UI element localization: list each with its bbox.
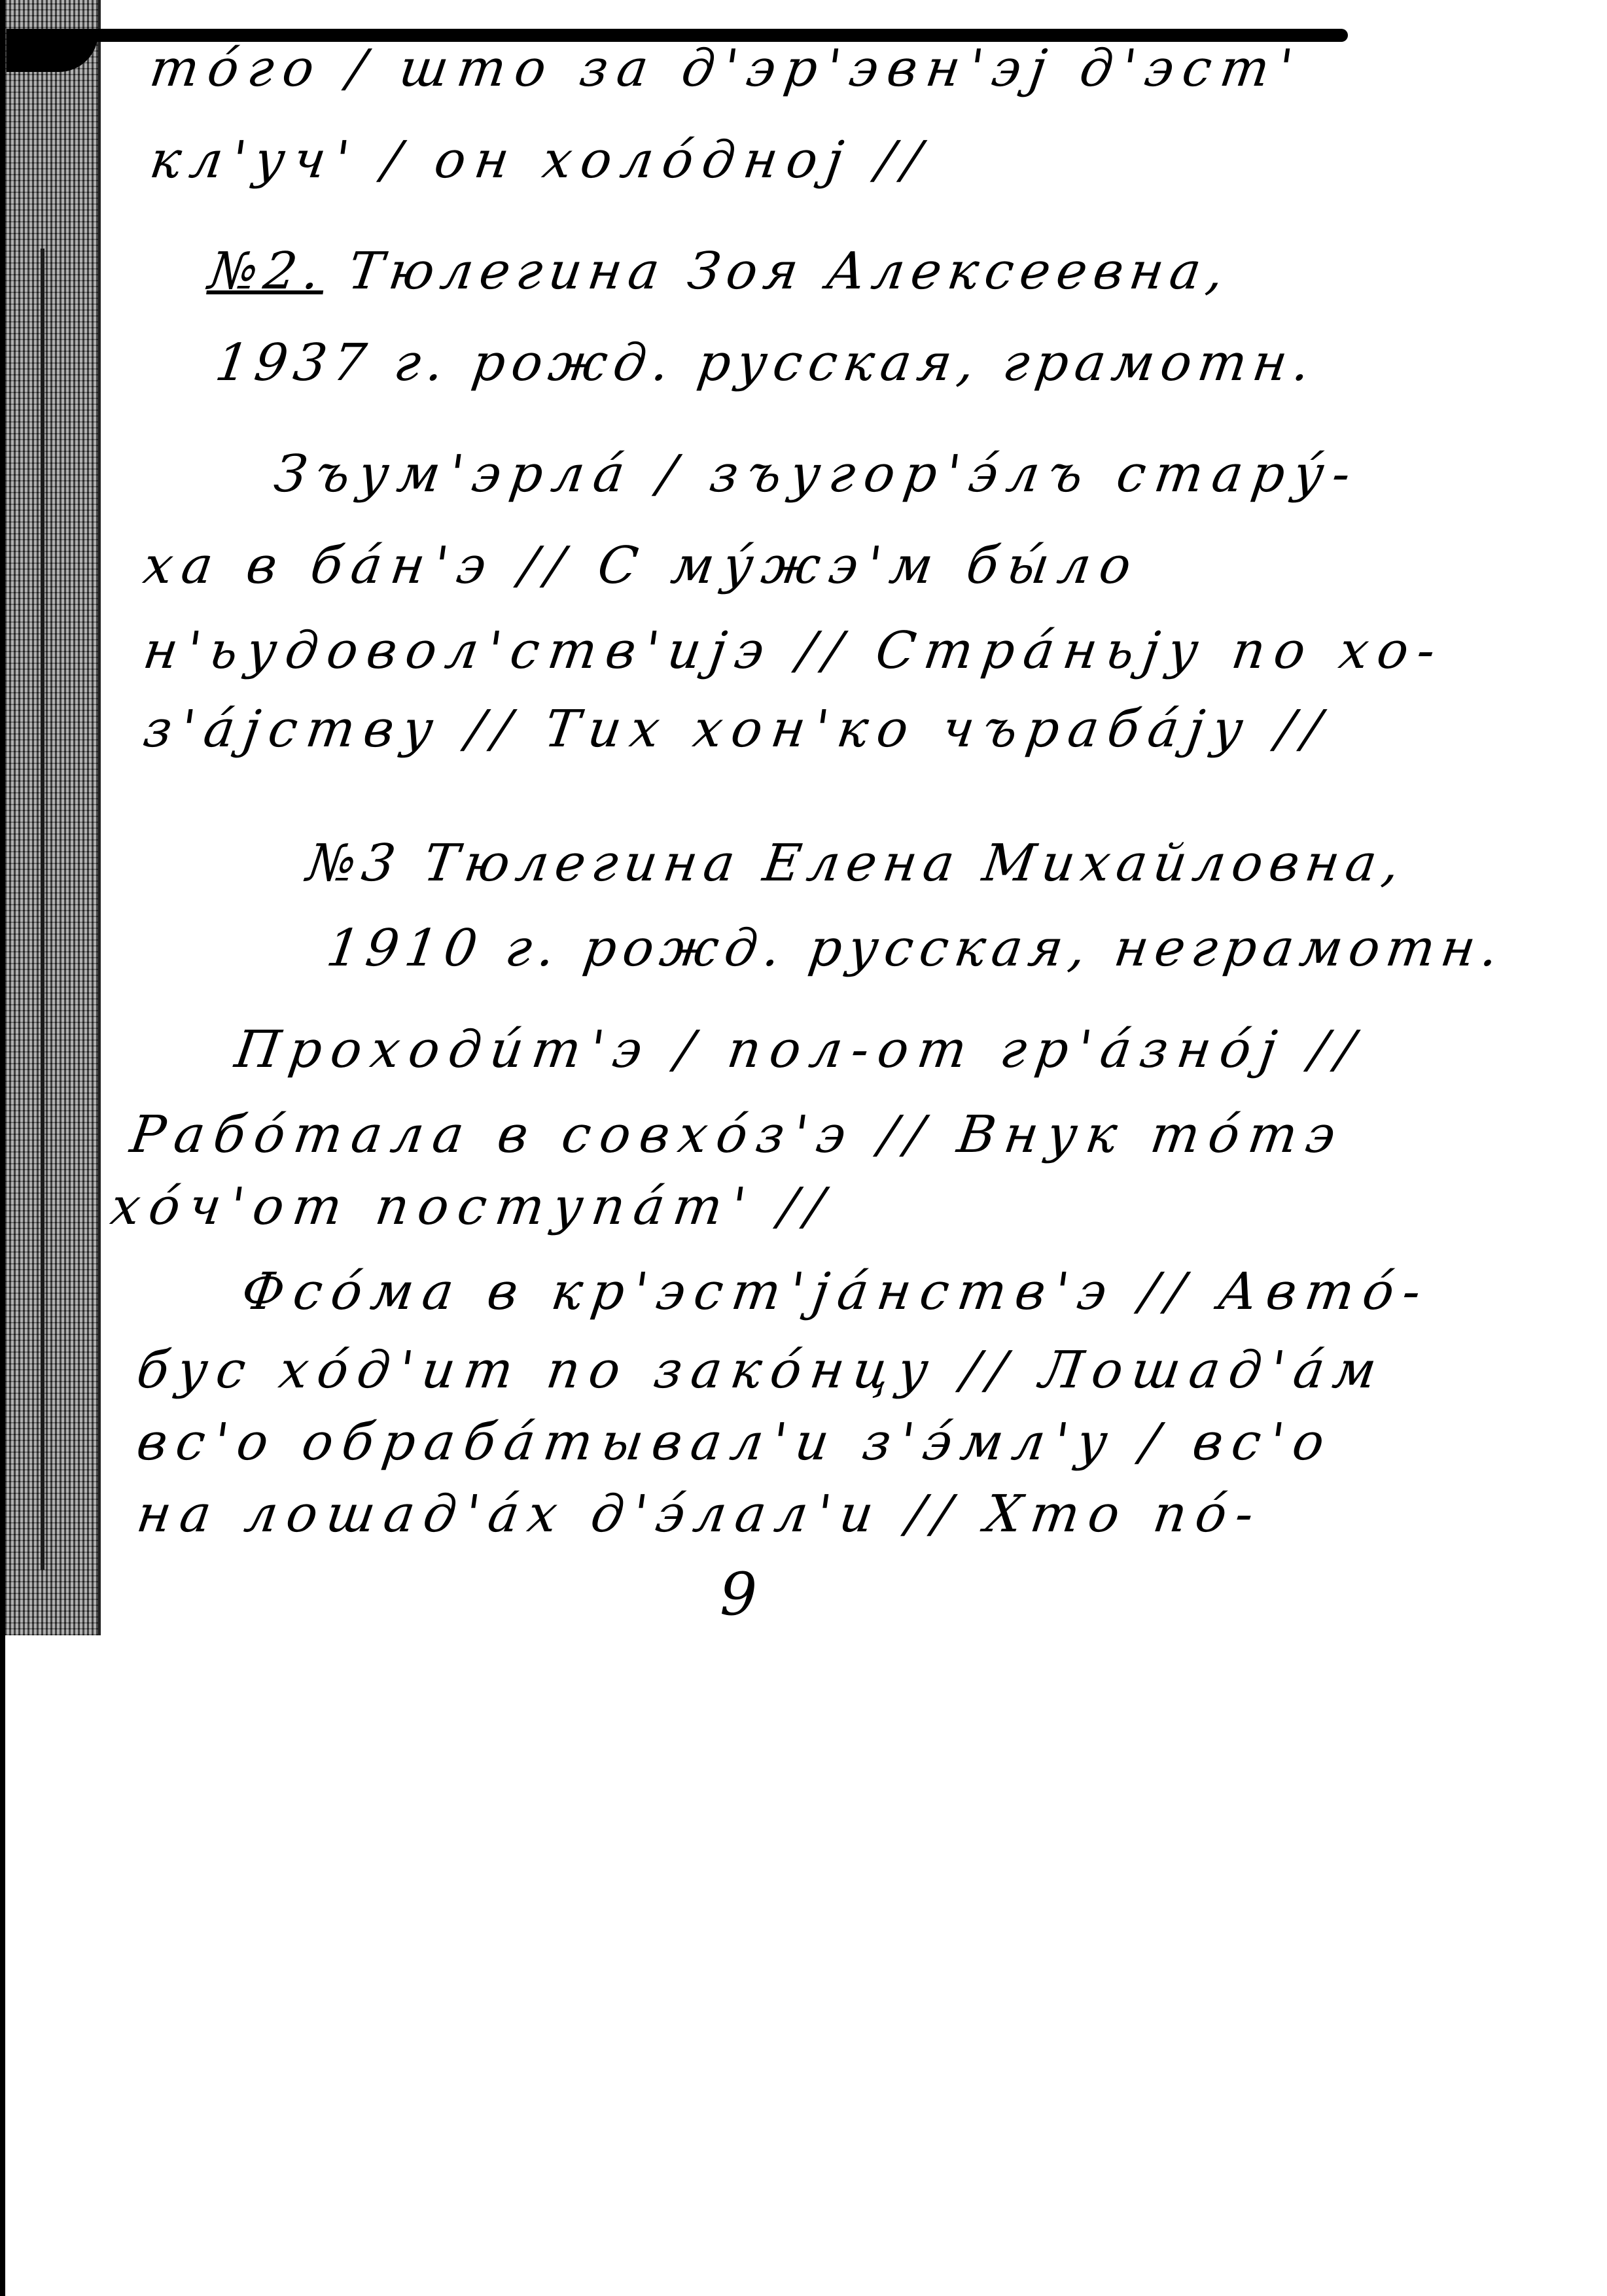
transcript-line: Фсо́ма в кр'эст'ја́нств'э // Авто́- — [238, 1262, 1434, 1321]
informant-3-details: 1910 г. рожд. русская, неграмотн. — [323, 919, 1509, 978]
informant-name: Тюлегина Елена Михайловна, — [420, 834, 1409, 893]
transcript-line: вс'о обраба́тывал'и з'э́мл'у / вс'о — [133, 1413, 1337, 1472]
informant-3-header: №3 Тюлегина Елена Михайловна, — [304, 834, 1410, 893]
scan-binding-edge — [0, 0, 101, 1635]
continuation-line: то́го / што за д'эр'эвн'эј д'эст' — [147, 39, 1305, 98]
scanned-page: то́го / што за д'эр'эвн'эј д'эст' кл'уч'… — [0, 0, 1607, 2296]
transcript-line: бус хо́д'ит по зако́нцу // Лошад'а́м — [133, 1341, 1389, 1400]
transcript-line: Зъум'эрла́ / зъугор'э́лъ стару́- — [271, 445, 1364, 504]
informant-name: Тюлегина Зоя Алексеевна, — [345, 242, 1234, 301]
page-number: 9 — [720, 1560, 757, 1629]
informant-2-header: №2. Тюлегина Зоя Алексеевна, — [205, 242, 1234, 301]
transcript-line: ха в ба́н'э // С му́жэ'м бы́ло — [140, 536, 1144, 595]
informant-number: №2. — [205, 242, 330, 301]
scan-border-line — [0, 0, 5, 2296]
transcript-line: з'а́jству // Тих хон'ко чъраба́jу // — [140, 700, 1334, 759]
transcript-line: н'ьудовол'ств'иjэ // Стра́ньjу по хо- — [140, 621, 1448, 680]
spine-crease — [41, 249, 44, 1570]
transcript-line: на лошад'а́х д'э́лал'и // Хто по́- — [133, 1485, 1267, 1544]
transcript-line: Рабо́тала в совхо́з'э // Внук то́тэ — [127, 1105, 1349, 1164]
informant-number: №3 — [304, 834, 406, 893]
continuation-line: кл'уч' / он холо́дноj // — [147, 131, 934, 190]
informant-2-details: 1937 г. рожд. русская, грамотн. — [212, 334, 1320, 392]
transcript-line: хо́ч'от поступа́т' // — [107, 1177, 837, 1236]
transcript-line: Проходи́т'э / пол-от гр'а́зно́j // — [232, 1020, 1368, 1079]
